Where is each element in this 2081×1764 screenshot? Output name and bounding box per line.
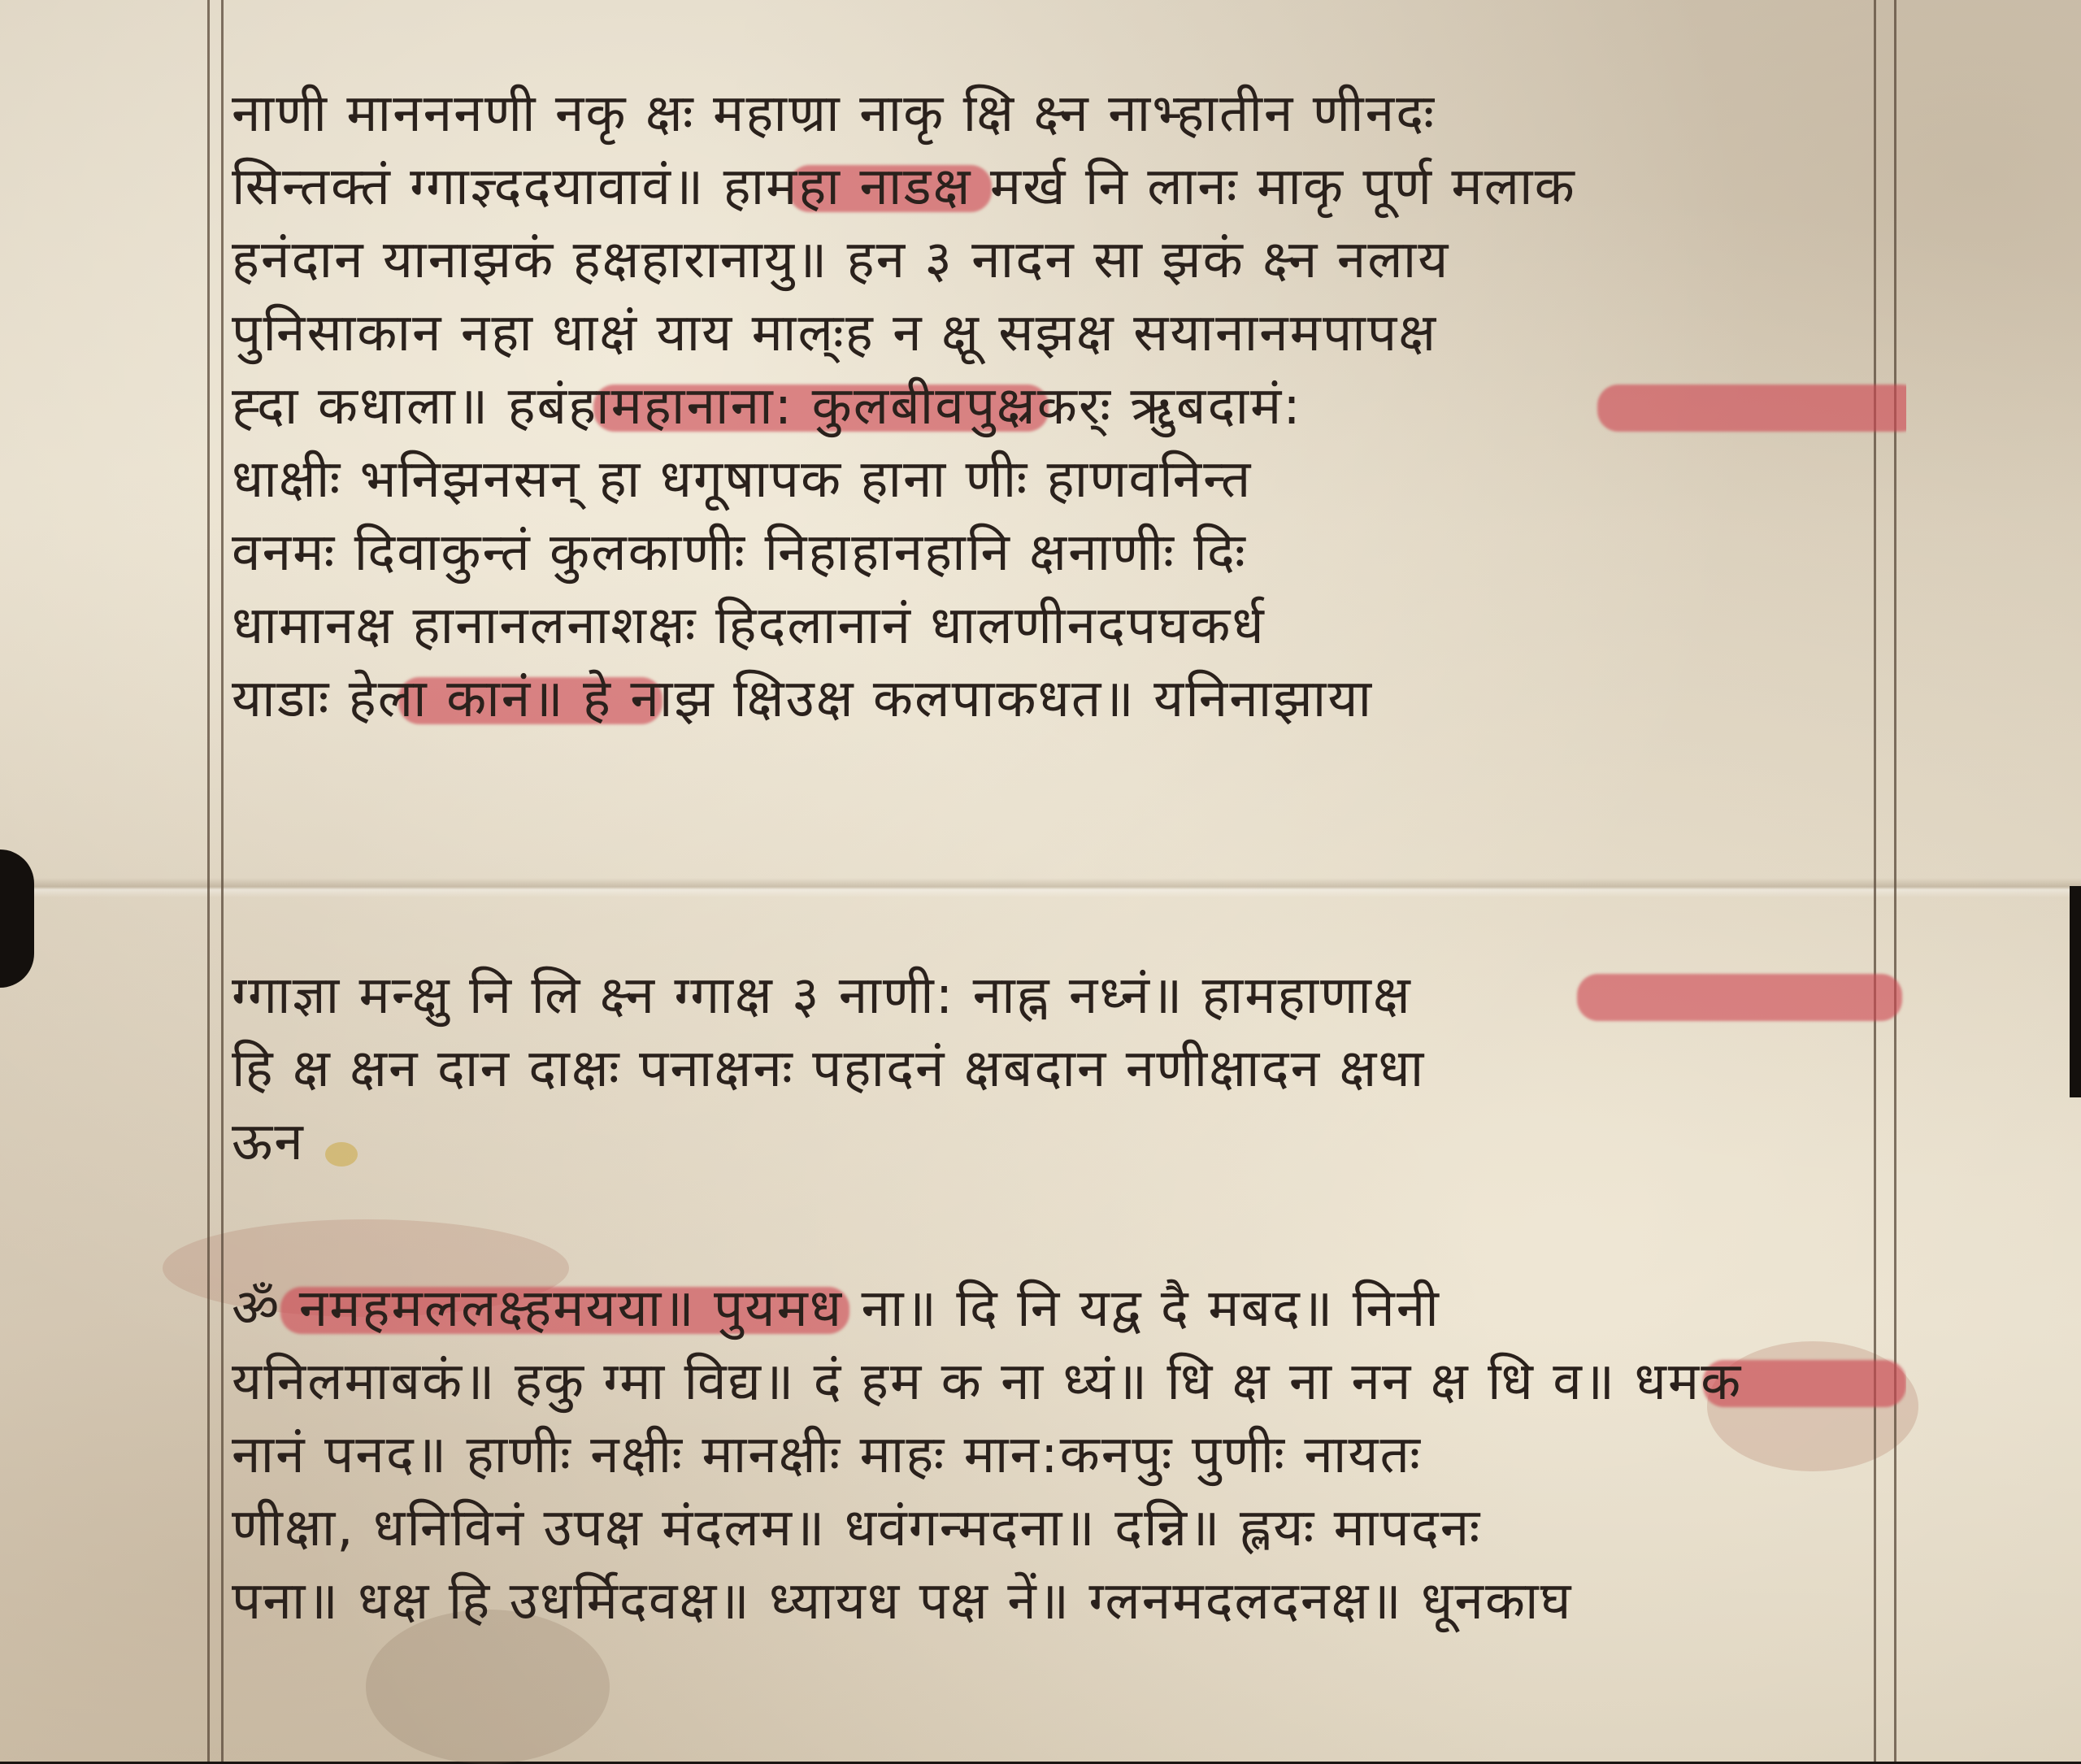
line-text: पुनिसाकान नहा धाक्षं याय माल्ःह न क्षू स… bbox=[232, 303, 1437, 363]
rubric-highlight bbox=[1597, 385, 1906, 432]
manuscript-line: हनंदान यानाझकं हक्षहारानायु॥ हन ३ नादन स… bbox=[232, 224, 1906, 297]
manuscript-line: धामानक्ष हानानलनाशक्षः हिदलानानं धालणीनद… bbox=[232, 589, 1906, 663]
line-text: ऊन bbox=[232, 1112, 305, 1172]
line-text: यनिलमाबकं॥ हकु ग्मा विद्य॥ दं हम क ना ध्… bbox=[232, 1352, 1742, 1412]
manuscript-line: ॐ नमहमललक्ष्हमयया॥ पुयमध ना॥ दि नि यद्व … bbox=[232, 1272, 1906, 1345]
line-text: वनमः दिवाकुन्तं कुलकाणीः निहाहानहानि क्ष… bbox=[232, 523, 1247, 583]
line-text: धाक्षीः भनिझनसन् हा धगूषापक हाना णीः हाण… bbox=[232, 450, 1252, 510]
manuscript-line: यनिलमाबकं॥ हकु ग्मा विद्य॥ दं हम क ना ध्… bbox=[232, 1345, 1906, 1419]
manuscript-line: याडाः हेला कानं॥ हे नाझ क्षिउक्ष कलपाकधत… bbox=[232, 663, 1906, 736]
manuscript-line: नाणी मानननणी नकृ क्षः महाण्रा नाकृ क्षि … bbox=[232, 77, 1906, 150]
page-fold-crease bbox=[0, 878, 2081, 897]
folio-torn-edge-left bbox=[0, 849, 34, 988]
manuscript-line: ग्गाज्ञा मन्क्षु नि लि क्ष्न ग्गाक्ष ३ न… bbox=[232, 959, 1906, 1032]
manuscript-line: धाक्षीः भनिझनसन् हा धगूषापक हाना णीः हाण… bbox=[232, 443, 1906, 516]
manuscript-line: नानं पनद॥ हाणीः नक्षीः मानक्षीः माहः मान… bbox=[232, 1419, 1906, 1492]
line-text: पना॥ धक्ष हि उधर्मिदवक्ष॥ ध्यायध पक्ष ने… bbox=[232, 1571, 1572, 1631]
line-text: धामानक्ष हानानलनाशक्षः हिदलानानं धालणीनद… bbox=[232, 596, 1266, 656]
folio-edge-right bbox=[2070, 886, 2081, 1097]
line-text: णीक्षा, धनिविनं उपक्ष मंदलम॥ धवंगन्मदना॥… bbox=[232, 1498, 1481, 1558]
text-block-2: ग्गाज्ञा मन्क्षु नि लि क्ष्न ग्गाक्ष ३ न… bbox=[232, 959, 1906, 1179]
line-text: हनंदान यानाझकं हक्षहारानायु॥ हन ३ नादन स… bbox=[232, 230, 1449, 290]
line-text: ग्गाज्ञा मन्क्षु नि लि क्ष्न ग्गाक्ष ३ न… bbox=[232, 966, 1412, 1026]
manuscript-line: हि क्ष क्षन दान दाक्षः पनाक्षनः पहादनं क… bbox=[232, 1032, 1906, 1106]
line-text: नाणी मानननणी नकृ क्षः महाण्रा नाकृ क्षि … bbox=[232, 84, 1436, 144]
manuscript-line: णीक्षा, धनिविनं उपक्ष मंदलम॥ धवंगन्मदना॥… bbox=[232, 1492, 1906, 1565]
line-text: ॐ नमहमललक्ष्हमयया॥ पुयमध ना॥ दि नि यद्व … bbox=[232, 1279, 1440, 1339]
manuscript-line: ऊन bbox=[232, 1106, 1906, 1179]
rubric-highlight bbox=[1577, 974, 1902, 1021]
left-ruling-line bbox=[221, 0, 224, 1762]
line-text: याडाः हेला कानं॥ हे नाझ क्षिउक्ष कलपाकधत… bbox=[232, 669, 1373, 729]
manuscript-line: वनमः दिवाकुन्तं कुलकाणीः निहाहानहानि क्ष… bbox=[232, 516, 1906, 589]
line-text: ह्दा कधाला॥ हबंहामहानाना: कुलबीवपुक्ष्रक… bbox=[232, 376, 1302, 437]
manuscript-line: पुनिसाकान नहा धाक्षं याय माल्ःह न क्षू स… bbox=[232, 297, 1906, 370]
manuscript-line: ह्दा कधाला॥ हबंहामहानाना: कुलबीवपुक्ष्रक… bbox=[232, 370, 1906, 443]
manuscript-line: सिन्तक्तं ग्गाज्ञ्ददयावावं॥ हामहा नाडक्ष… bbox=[232, 150, 1906, 224]
line-text: नानं पनद॥ हाणीः नक्षीः मानक्षीः माहः मान… bbox=[232, 1425, 1422, 1485]
text-block-1: नाणी मानननणी नकृ क्षः महाण्रा नाकृ क्षि … bbox=[232, 77, 1906, 736]
line-text: हि क्ष क्षन दान दाक्षः पनाक्षनः पहादनं क… bbox=[232, 1039, 1425, 1099]
manuscript-folio: नाणी मानननणी नकृ क्षः महाण्रा नाकृ क्षि … bbox=[0, 0, 2081, 1762]
left-ruling-line bbox=[207, 0, 210, 1762]
line-text: सिन्तक्तं ग्गाज्ञ्ददयावावं॥ हामहा नाडक्ष… bbox=[232, 157, 1576, 217]
text-block-3: ॐ नमहमललक्ष्हमयया॥ पुयमध ना॥ दि नि यद्व … bbox=[232, 1272, 1906, 1638]
manuscript-line: पना॥ धक्ष हि उधर्मिदवक्ष॥ ध्यायध पक्ष ने… bbox=[232, 1565, 1906, 1638]
